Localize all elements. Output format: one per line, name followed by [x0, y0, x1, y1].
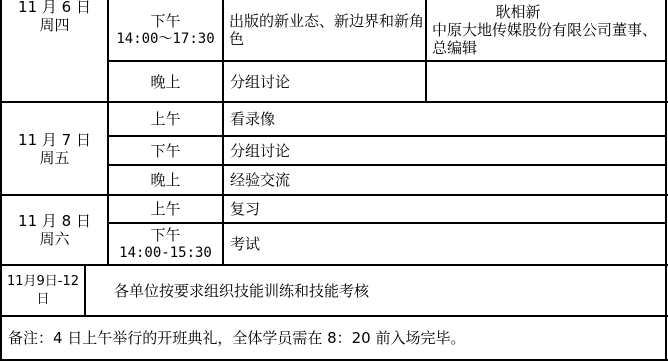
period-cell: 下午 14:00～17:30 [109, 0, 222, 60]
date-cell-nov7: 11 月 7 日 周五 [2, 103, 107, 194]
activity-label: 出版的新业态、新边界和新角色 [229, 12, 424, 48]
activity-label: 分组讨论 [230, 73, 290, 91]
date-cell-nov8: 11 月 8 日 周六 [2, 196, 107, 264]
activity-label: 复习 [230, 200, 260, 218]
speaker-title: 中原大地传媒股份有限公司董事、总编辑 [432, 21, 664, 57]
activity-label: 经验交流 [230, 171, 290, 189]
period-label: 上午 [150, 200, 180, 218]
period-label: 晚上 [150, 73, 180, 91]
date-label: 11月9日-12日 [2, 273, 84, 309]
note-text: 备注：4 日上午举行的开班典礼，全体学员需在 8：20 前入场完毕。 [8, 329, 465, 347]
activity-label: 分组讨论 [230, 142, 290, 160]
speaker-name: 耿相新 [432, 3, 664, 21]
date-cell-nov9-12: 11月9日-12日 [2, 266, 84, 315]
row-divider [0, 359, 668, 361]
period-cell: 晚上 [109, 62, 222, 101]
activity-label: 看录像 [230, 110, 275, 128]
activity-cell: 经验交流 [224, 166, 666, 194]
activity-cell: 分组讨论 [224, 137, 666, 164]
activity-cell: 各单位按要求组织技能训练和技能考核 [86, 266, 666, 315]
activity-label: 各单位按要求组织技能训练和技能考核 [114, 282, 369, 300]
date-label: 11 月 8 日 [18, 212, 91, 230]
speaker-cell: 耿相新 中原大地传媒股份有限公司董事、总编辑 [427, 0, 665, 62]
period-cell: 下午 [109, 137, 222, 164]
date-label: 11 月 6 日 [18, 0, 91, 16]
activity-cell: 考试 [224, 224, 666, 264]
period-cell: 上午 [109, 103, 222, 135]
period-label: 下午 [150, 226, 180, 244]
activity-cell: 分组讨论 [224, 62, 425, 101]
note-cell: 备注：4 日上午举行的开班典礼，全体学员需在 8：20 前入场完毕。 [2, 317, 666, 359]
period-cell: 上午 [109, 196, 222, 222]
weekday-label: 周六 [39, 230, 69, 248]
activity-cell: 复习 [224, 196, 666, 222]
period-label: 下午 [150, 142, 180, 160]
time-label: 14:00～17:30 [116, 30, 214, 48]
weekday-label: 周五 [39, 149, 69, 167]
activity-cell: 出版的新业态、新边界和新角色 [224, 0, 425, 60]
period-label: 上午 [150, 110, 180, 128]
weekday-label: 周四 [39, 16, 69, 34]
date-cell-nov6: 11 月 6 日 周四 [2, 0, 107, 36]
period-cell: 下午 14:00-15:30 [109, 224, 222, 264]
period-cell: 晚上 [109, 166, 222, 194]
period-label: 下午 [150, 12, 180, 30]
activity-cell: 看录像 [224, 103, 666, 135]
time-label: 14:00-15:30 [119, 244, 212, 262]
activity-label: 考试 [230, 235, 260, 253]
date-label: 11 月 7 日 [18, 131, 91, 149]
period-label: 晚上 [150, 171, 180, 189]
